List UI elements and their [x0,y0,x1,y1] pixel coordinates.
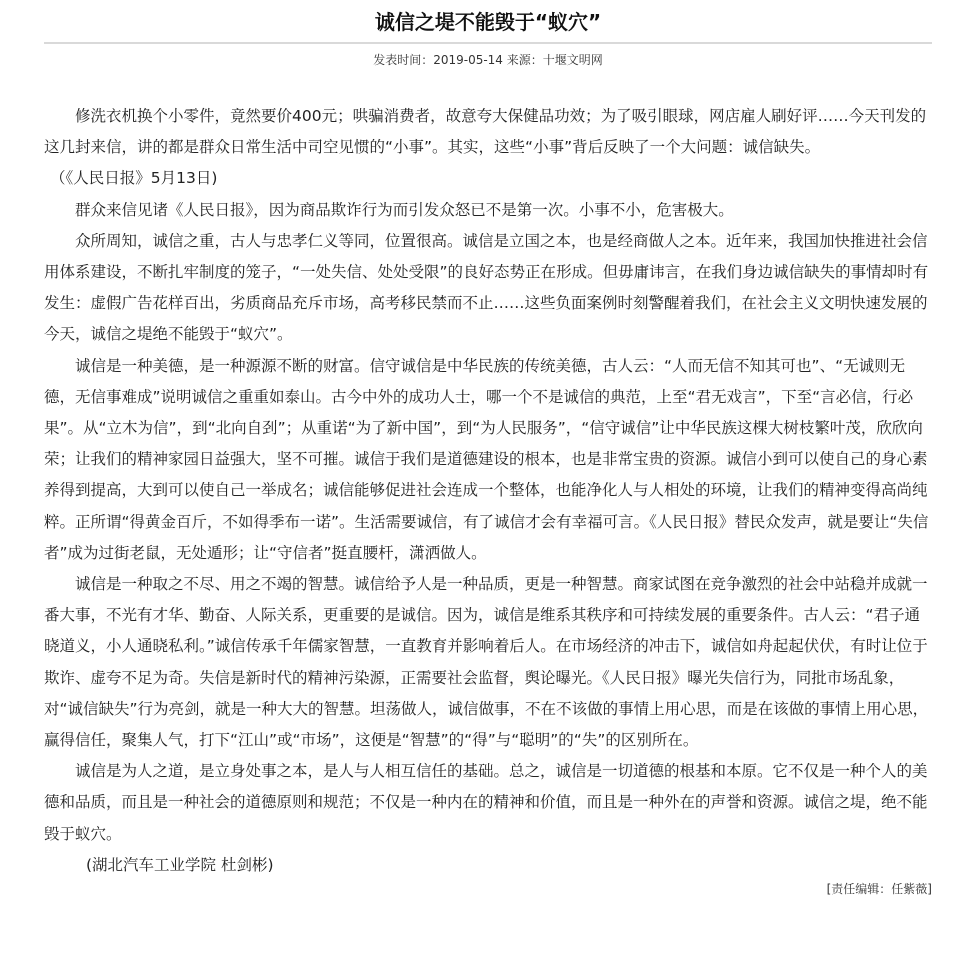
responsible-editor: [责任编辑：任紫薇] [44,881,932,897]
source-name: 十堰文明网 [543,53,603,67]
article: 诚信之堤不能毁于“蚁穴” 发表时间：2019-05-14 来源：十堰文明网 修洗… [44,0,932,897]
paragraph-importance: 众所周知，诚信之重，古人与忠孝仁义等同，位置很高。诚信是立国之本，也是经商做人之… [44,226,932,351]
article-meta: 发表时间：2019-05-14 来源：十堰文明网 [44,52,932,68]
published-date: 2019-05-14 [433,53,503,67]
paragraph-intro: 修洗衣机换个小零件，竟然要价400元；哄骗消费者，故意夸大保健品功效；为了吸引眼… [44,101,932,163]
paragraph-citation: （《人民日报》5月13日) [44,163,932,194]
article-body: 修洗衣机换个小零件，竟然要价400元；哄骗消费者，故意夸大保健品功效；为了吸引眼… [44,101,932,850]
paragraph-virtue: 诚信是一种美德，是一种源源不断的财富。信守诚信是中华民族的传统美德，古人云：“人… [44,351,932,569]
paragraph-letters: 群众来信见诸《人民日报》，因为商品欺诈行为而引发众怒已不是第一次。小事不小，危害… [44,195,932,226]
published-label: 发表时间： [373,53,433,67]
title-divider [44,42,932,44]
paragraph-wisdom: 诚信是一种取之不尽、用之不竭的智慧。诚信给予人是一种品质，更是一种智慧。商家试图… [44,569,932,756]
paragraph-conclusion: 诚信是为人之道，是立身处事之本，是人与人相互信任的基础。总之，诚信是一切道德的根… [44,756,932,850]
article-title: 诚信之堤不能毁于“蚁穴” [44,0,932,38]
source-label: 来源： [507,53,543,67]
author-signature: (湖北汽车工业学院 杜剑彬) [44,850,932,881]
